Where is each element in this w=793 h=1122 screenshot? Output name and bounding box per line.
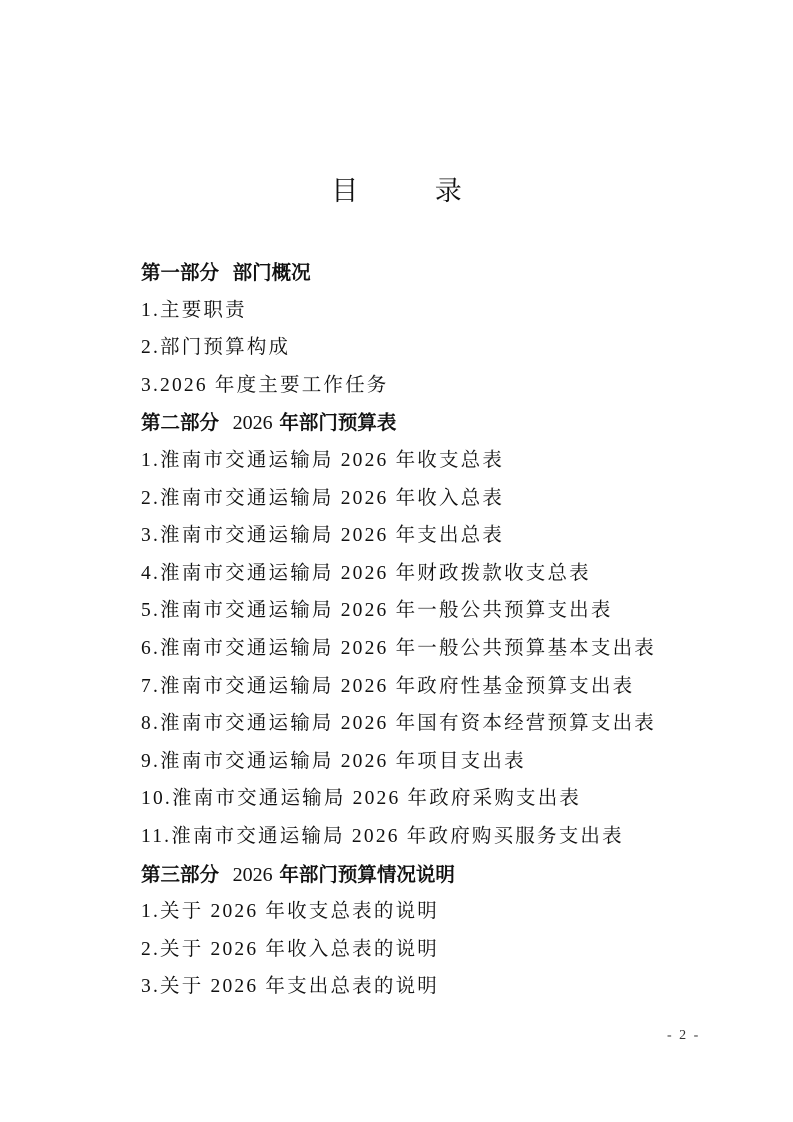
toc-item[interactable]: 11.淮南市交通运输局 2026 年政府购买服务支出表 [141,818,656,856]
toc-item[interactable]: 3.淮南市交通运输局 2026 年支出总表 [141,517,656,555]
toc-item[interactable]: 1.关于 2026 年收支总表的说明 [141,893,656,931]
toc-item[interactable]: 3.关于 2026 年支出总表的说明 [141,968,656,1006]
toc-part-3-heading[interactable]: 第三部分 2026 年部门预算情况说明 [141,856,656,894]
toc-part-2-heading[interactable]: 第二部分 2026 年部门预算表 [141,404,656,442]
toc-item[interactable]: 1.淮南市交通运输局 2026 年收支总表 [141,442,656,480]
part-title: 年部门预算情况说明 [279,863,455,886]
part-title: 年部门预算表 [279,411,396,434]
toc-part-1-heading[interactable]: 第一部分 部门概况 [141,254,656,292]
part-title: 部门概况 [233,261,311,284]
toc-item[interactable]: 1.主要职责 [141,292,656,330]
toc-item[interactable]: 10.淮南市交通运输局 2026 年政府采购支出表 [141,780,656,818]
toc-item[interactable]: 2.淮南市交通运输局 2026 年收入总表 [141,480,656,518]
part-year: 2026 [233,412,273,434]
page-number: - 2 - [667,1028,700,1044]
part-year: 2026 [233,864,273,886]
toc-item[interactable]: 4.淮南市交通运输局 2026 年财政拨款收支总表 [141,555,656,593]
toc-item[interactable]: 2.关于 2026 年收入总表的说明 [141,931,656,969]
table-of-contents: 第一部分 部门概况 1.主要职责 2.部门预算构成 3.2026 年度主要工作任… [141,254,656,1006]
toc-item[interactable]: 7.淮南市交通运输局 2026 年政府性基金预算支出表 [141,668,656,706]
toc-item[interactable]: 2.部门预算构成 [141,329,656,367]
toc-item[interactable]: 9.淮南市交通运输局 2026 年项目支出表 [141,743,656,781]
document-title: 目 录 [0,172,793,212]
part-prefix: 第一部分 [141,261,219,284]
toc-item[interactable]: 8.淮南市交通运输局 2026 年国有资本经营预算支出表 [141,705,656,743]
part-prefix: 第二部分 [141,411,219,434]
toc-item[interactable]: 3.2026 年度主要工作任务 [141,367,656,405]
toc-item[interactable]: 6.淮南市交通运输局 2026 年一般公共预算基本支出表 [141,630,656,668]
toc-item[interactable]: 5.淮南市交通运输局 2026 年一般公共预算支出表 [141,592,656,630]
part-prefix: 第三部分 [141,863,219,886]
